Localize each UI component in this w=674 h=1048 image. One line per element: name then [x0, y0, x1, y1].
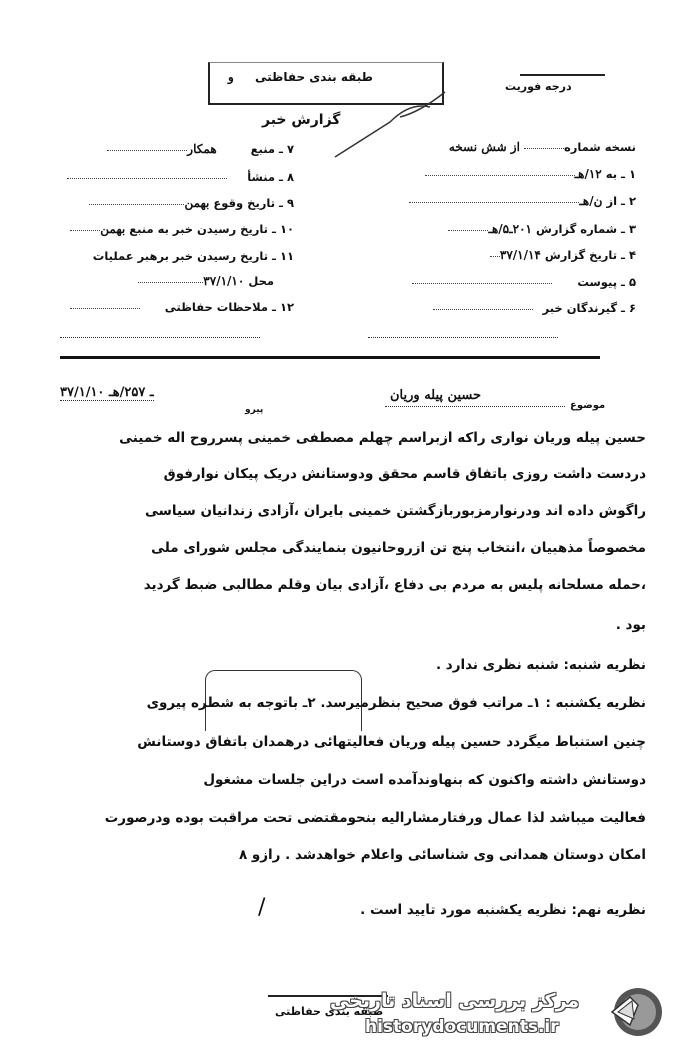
body-line: دردست داشت روزی باتفاق قاسم محقق ودوستان… — [164, 466, 646, 482]
watermark-org-name: مرکز بررسی اسناد تاریخی — [330, 990, 579, 1012]
opinion-saturday: نظریه شنبه: شنبه نظری ندارد . — [436, 657, 646, 673]
subject-reference: ۳۷/۱/۱۰ ـ ۲۵۷/هـ — [60, 385, 154, 401]
watermark-logo-icon — [608, 985, 662, 1039]
opinion-sunday-cont: امکان دوستان همدانی وی شناسائی واعلام خو… — [239, 847, 646, 863]
subject-label: موضوع — [570, 400, 605, 411]
field-to: ۱ ـ به ۱۲/هـ — [425, 167, 636, 181]
field-from: ۲ ـ از ن/هـ — [409, 194, 636, 208]
body-line: راگوش داده اند ودرنوارمزبوربازگشتن خمینی… — [145, 503, 646, 519]
field-report-number: ۳ ـ شماره گزارش ۲۰۱ـ۵/هـ — [448, 222, 636, 236]
opinion-ninth: نظریه نهم: نظریه یکشنبه مورد تایید است . — [360, 902, 646, 918]
watermark-url: historydocuments.ir — [365, 1017, 559, 1037]
field-attachment: ۵ ـ پیوست — [412, 275, 636, 289]
field-occurrence-date: ۹ ـ تاریخ وقوع بهمن — [89, 196, 294, 210]
field-copy-number: نسخه شماره از شش نسخه — [449, 140, 636, 154]
field-date-received-source: ۱۰ ـ تاریخ رسیدن خبر به منبع بهمن — [70, 222, 294, 236]
field-origin: ۸ ـ منشأ — [67, 170, 294, 184]
field-recipients: ۶ ـ گیرندگان خبر — [433, 301, 636, 315]
subject-reference-note: پیرو — [245, 405, 263, 415]
priority-label: درجه فوریت — [505, 80, 572, 93]
section-divider — [60, 356, 600, 359]
report-title: گزارش خبر — [262, 112, 340, 128]
field-security-notes: ۱۲ ـ ملاحظات حفاظتی — [70, 300, 294, 314]
field-source: ۷ ـ منبع همکار — [107, 142, 294, 156]
body-line: مخصوصاً مذهبیان ،انتخاب پنج تن ازروحانیو… — [151, 540, 646, 556]
handwritten-mark: و — [228, 70, 234, 84]
handwritten-slash-icon: / — [258, 895, 265, 920]
body-line: ،حمله مسلحانه پلیس به مردم بی دفاع ،آزاد… — [144, 577, 646, 593]
dotted-line — [368, 336, 558, 338]
opinion-sunday-cont: فعالیت میباشد لذا عمال ورفتارمشارالیه بن… — [105, 810, 646, 826]
opinion-sunday: نظریه یکشنبه : ۱ـ مراتب فوق صحیح بنظرمیر… — [147, 695, 646, 711]
field-date-received-operator: ۱۱ ـ تاریخ رسیدن خبر برهبر عملیات — [93, 249, 294, 263]
opinion-sunday-cont: چنین استنباط میگردد حسین پیله وریان فعال… — [137, 734, 646, 750]
priority-rule — [520, 74, 605, 76]
opinion-sunday-cont: دوستانش داشته واکنون که بنهاوندآمده است … — [203, 772, 646, 788]
field-location: محل ۳۷/۱/۱۰ — [138, 274, 294, 288]
subject-underline — [385, 405, 565, 407]
body-line: حسین پیله وریان نواری راکه ازبراسم چهلم … — [119, 430, 646, 446]
body-line: بود . — [616, 617, 646, 633]
signature-scribble-icon — [330, 82, 450, 162]
subject-value: حسین پیله وریان — [390, 388, 481, 403]
dotted-line — [60, 336, 260, 338]
field-report-date: ۴ ـ تاریخ گزارش ۳۷/۱/۱۴ — [490, 248, 636, 262]
